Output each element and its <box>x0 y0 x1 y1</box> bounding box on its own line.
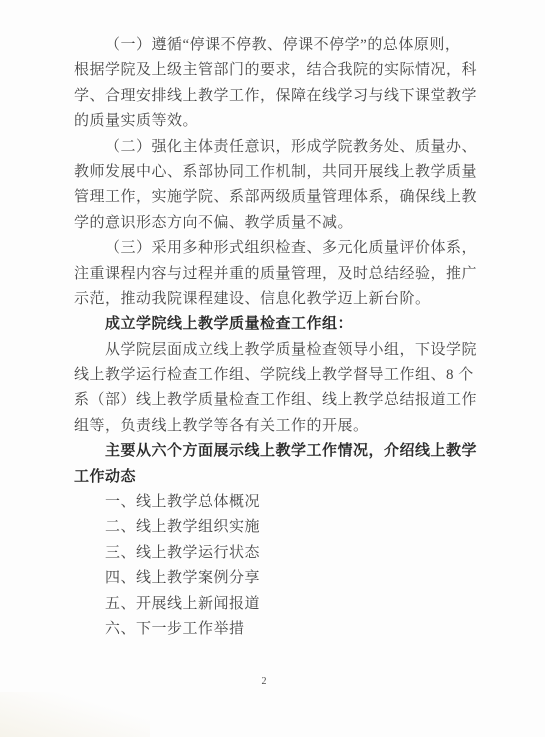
para2-line2: 教师发展中心、系部协同工作机制，共同开展线上教学质量 <box>74 160 479 185</box>
list-item-5: 五、开展线上新闻报道 <box>74 592 479 617</box>
para4-line3: 系（部）线上教学质量检查工作组、线上教学总结报道工作 <box>74 388 479 413</box>
para2-line3: 管理工作，实施学院、系部两级质量管理体系，确保线上教 <box>74 185 479 210</box>
section-heading-six-aspects-line2: 工作动态 <box>74 465 479 490</box>
para1-line3: 学、合理安排线上教学工作，保障在线学习与线下课堂教学 <box>74 84 479 109</box>
section-heading-six-aspects-line1: 主要从六个方面展示线上教学工作情况，介绍线上教学 <box>74 439 479 464</box>
para3-line1: （三）采用多种形式组织检查、多元化质量评价体系， <box>74 236 479 261</box>
document-body: （一）遵循“停课不停教、停课不停学”的总体原则， 根据学院及上级主管部门的要求，… <box>74 33 479 642</box>
section-heading-workgroup: 成立学院线上教学质量检查工作组： <box>74 312 479 337</box>
para1-line2: 根据学院及上级主管部门的要求，结合我院的实际情况，科 <box>74 58 479 83</box>
list-item-6: 六、下一步工作举措 <box>74 617 479 642</box>
para1-line4: 的质量实质等效。 <box>74 109 479 134</box>
para4-line1: 从学院层面成立线上教学质量检查领导小组，下设学院 <box>74 338 479 363</box>
list-item-3: 三、线上教学运行状态 <box>74 541 479 566</box>
para2-line4: 学的意识形态方向不偏、教学质量不减。 <box>74 211 479 236</box>
document-page: （一）遵循“停课不停教、停课不停学”的总体原则， 根据学院及上级主管部门的要求，… <box>0 0 545 737</box>
para3-line2: 注重课程内容与过程并重的质量管理，及时总结经验，推广 <box>74 262 479 287</box>
para4-line2: 线上教学运行检查工作组、学院线上教学督导工作组、8 个 <box>74 363 479 388</box>
list-item-2: 二、线上教学组织实施 <box>74 515 479 540</box>
page-number: 2 <box>0 675 528 689</box>
scan-artifact <box>0 692 150 737</box>
para4-line4: 组等，负责线上教学等各有关工作的开展。 <box>74 414 479 439</box>
para3-line3: 示范，推动我院课程建设、信息化教学迈上新台阶。 <box>74 287 479 312</box>
para2-line1: （二）强化主体责任意识，形成学院教务处、质量办、 <box>74 135 479 160</box>
list-item-1: 一、线上教学总体概况 <box>74 490 479 515</box>
list-item-4: 四、线上教学案例分享 <box>74 566 479 591</box>
para1-line1: （一）遵循“停课不停教、停课不停学”的总体原则， <box>74 33 479 58</box>
